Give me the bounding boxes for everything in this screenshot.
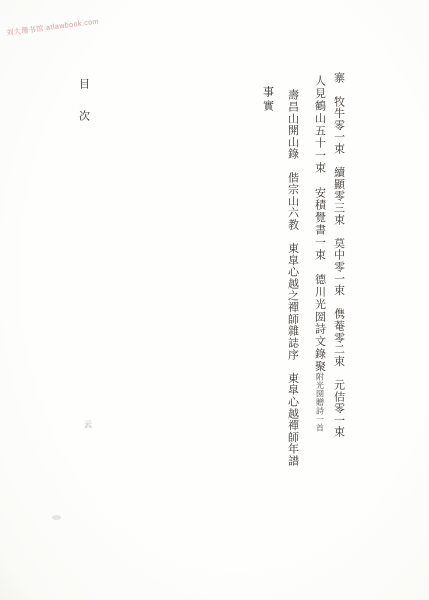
scan-speck xyxy=(52,515,61,520)
toc-column-2-annotation: 附光圀贈詩一首 xyxy=(316,373,325,433)
toc-column-entries-1: 寨 牧牛零一束 續顯零三束 莫中零一束 㑺菴零二束 元佶零一束 xyxy=(332,72,344,438)
site-watermark: 刘大珊书馆 atlawbook.com xyxy=(6,12,136,38)
section-marker: 事實 xyxy=(261,86,273,114)
page-number: 云 xyxy=(84,419,92,430)
page-header-toc-label: 目 次 xyxy=(77,78,89,126)
toc-column-entries-2: 人見鶴山五十一束 安積覺書一束 德川光圀詩文錄聚附光圀贈詩一首 xyxy=(313,75,325,432)
toc-column-entries-3: 壽昌山開山錄 偕宗山六教 東皐心越之禪師雜誌序 東皐心越禪師年譜 xyxy=(286,89,298,467)
toc-column-2-main-text: 人見鶴山五十一束 安積覺書一束 德川光圀詩文錄聚 xyxy=(314,75,326,373)
scanned-book-page: 刘大珊书馆 atlawbook.com 目 次 寨 牧牛零一束 續顯零三束 莫中… xyxy=(0,0,429,600)
